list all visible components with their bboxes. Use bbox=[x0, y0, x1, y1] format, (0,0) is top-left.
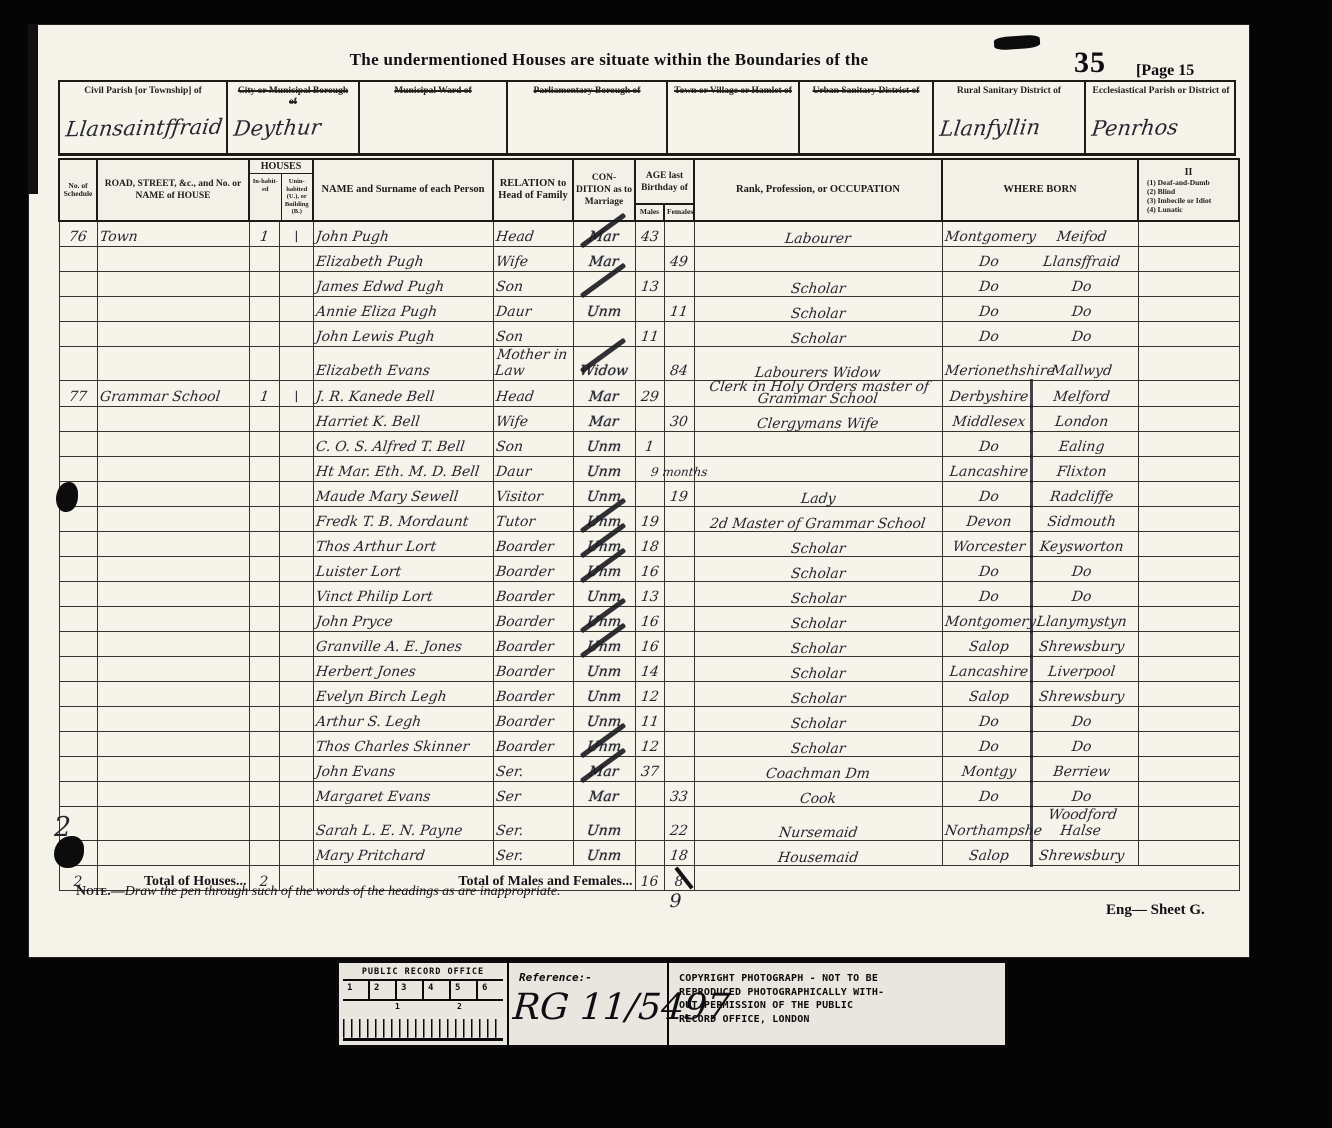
cell-age-male: 11 bbox=[635, 706, 664, 731]
cell-where-born: DoLlansffraid bbox=[942, 246, 1138, 271]
cell-inhabited bbox=[249, 346, 279, 380]
cell-relation: Daur bbox=[493, 456, 573, 481]
infirmity-item: (1) Deaf-and-Dumb bbox=[1139, 178, 1238, 187]
cell-uninhabited bbox=[279, 631, 313, 656]
cell-inhabited bbox=[249, 656, 279, 681]
cell-name-text: Thos Arthur Lort bbox=[315, 539, 437, 555]
cell-condition-text: Mar bbox=[588, 389, 619, 405]
cell-where-born: DoDo bbox=[942, 731, 1138, 756]
born-county: Do bbox=[944, 304, 1034, 320]
born-county: Montgomery bbox=[944, 229, 1034, 245]
header-field-label: Civil Parish [or Township] of bbox=[60, 85, 226, 98]
cell-name: Vinct Philip Lort bbox=[313, 581, 493, 606]
cell-age-male: 14 bbox=[635, 656, 664, 681]
header-field-value: Deythur bbox=[232, 115, 322, 141]
cell-occupation-text: Scholar bbox=[790, 693, 846, 705]
cell-road bbox=[97, 631, 249, 656]
cell-condition-text: Mar bbox=[588, 789, 619, 805]
table-row: Elizabeth EvansMother in LawWidow84Labou… bbox=[59, 346, 1239, 380]
cell-age-male: 16 bbox=[635, 631, 664, 656]
cell-age-male bbox=[635, 481, 664, 506]
cell-road bbox=[97, 506, 249, 531]
cell-age-male: 11 bbox=[635, 321, 664, 346]
born-county: Derbyshire bbox=[944, 389, 1034, 405]
total-females-corrected: 9 bbox=[669, 890, 681, 912]
cell-road bbox=[97, 531, 249, 556]
cell-name-text: Maude Mary Sewell bbox=[315, 489, 459, 505]
born-county: Middlesex bbox=[944, 414, 1034, 430]
cell-age-female-text: 11 bbox=[669, 304, 689, 320]
cell-relation-text: Daur bbox=[495, 304, 532, 320]
cell-where-born: NorthampsheWoodford Halse bbox=[942, 806, 1138, 840]
cell-road bbox=[97, 656, 249, 681]
cell-condition: Unm bbox=[573, 606, 635, 631]
cell-name: Granville A. E. Jones bbox=[313, 631, 493, 656]
total-females-struck: 8 bbox=[675, 874, 684, 890]
header-field-label: Municipal Ward of bbox=[360, 85, 506, 98]
cell-inhabited bbox=[249, 506, 279, 531]
cell-age-female: 9 months bbox=[664, 456, 694, 481]
cell-condition: Mar bbox=[573, 781, 635, 806]
cell-occupation-text: Scholar bbox=[790, 543, 846, 555]
cell-age-female bbox=[664, 321, 694, 346]
header-field-label: City or Municipal Borough of bbox=[228, 85, 358, 109]
cell-relation-text: Boarder bbox=[495, 539, 555, 555]
cell-name-text: Granville A. E. Jones bbox=[315, 639, 463, 655]
cell-infirmity bbox=[1138, 706, 1239, 731]
born-county: Do bbox=[944, 329, 1034, 345]
cell-where-born: DoDo bbox=[942, 706, 1138, 731]
cell-uninhabited bbox=[279, 271, 313, 296]
cell-inhabited bbox=[249, 296, 279, 321]
header-field-label: Urban Sanitary District of bbox=[800, 85, 932, 98]
cell-age-female-text: 22 bbox=[669, 823, 689, 839]
col-header-males: Males bbox=[635, 204, 664, 221]
cell-road: Town bbox=[97, 221, 249, 246]
cell-schedule bbox=[59, 581, 97, 606]
reference-label: Reference:- bbox=[519, 971, 592, 984]
cell-road bbox=[97, 481, 249, 506]
cell-occupation: Labourers Widow bbox=[694, 346, 942, 380]
cell-name-text: Arthur S. Legh bbox=[315, 714, 422, 730]
cell-relation-text: Wife bbox=[495, 414, 529, 430]
cell-condition-text: Unm bbox=[586, 689, 622, 705]
infirmity-items: (1) Deaf-and-Dumb(2) Blind(3) Imbecile o… bbox=[1139, 178, 1238, 214]
cell-age-male-text: 16 bbox=[640, 614, 660, 630]
cell-schedule bbox=[59, 406, 97, 431]
table-row: John EvansSer.Mar37Coachman DmMontgyBerr… bbox=[59, 756, 1239, 781]
cell-occupation-text: Labourers Widow bbox=[755, 367, 882, 379]
cell-relation-text: Boarder bbox=[495, 589, 555, 605]
cell-schedule bbox=[59, 681, 97, 706]
cell-relation: Mother in Law bbox=[493, 346, 573, 380]
cell-name: Luister Lort bbox=[313, 556, 493, 581]
born-place: Do bbox=[1031, 739, 1132, 755]
table-row: Thos Charles SkinnerBoarderUnm12ScholarD… bbox=[59, 731, 1239, 756]
cell-occupation-text: Scholar bbox=[790, 308, 846, 320]
cell-name-text: Margaret Evans bbox=[315, 789, 431, 805]
cell-road bbox=[97, 456, 249, 481]
cell-inhabited bbox=[249, 731, 279, 756]
cell-schedule bbox=[59, 531, 97, 556]
cell-name: Sarah L. E. N. Payne bbox=[313, 806, 493, 840]
cell-infirmity bbox=[1138, 406, 1239, 431]
cell-age-female-text: 33 bbox=[669, 789, 689, 805]
born-county: Montgy bbox=[944, 764, 1034, 780]
cell-name: Thos Charles Skinner bbox=[313, 731, 493, 756]
stamp-ruler: PUBLIC RECORD OFFICE 123456 12 bbox=[339, 963, 509, 1045]
cell-condition-text: Unm bbox=[586, 304, 622, 320]
header-field: Civil Parish [or Township] ofLlansaintff… bbox=[60, 82, 228, 153]
cell-age-male: 1 bbox=[635, 431, 664, 456]
table-row: Sarah L. E. N. PayneSer.Unm22NursemaidNo… bbox=[59, 806, 1239, 840]
born-place: Woodford Halse bbox=[1030, 807, 1133, 839]
cell-inhabited: 1 bbox=[249, 380, 279, 406]
cell-where-born: MontgyBerriew bbox=[942, 756, 1138, 781]
cell-condition: Widow bbox=[573, 346, 635, 380]
born-county: Do bbox=[944, 489, 1034, 505]
born-county: Salop bbox=[944, 639, 1034, 655]
header-field: Ecclesiastical Parish or District ofPenr… bbox=[1086, 82, 1236, 153]
table-row: Fredk T. B. MordauntTutorUnm192d Master … bbox=[59, 506, 1239, 531]
margin-mark: 2 bbox=[54, 812, 71, 843]
cell-infirmity bbox=[1138, 271, 1239, 296]
cell-age-female-text: 30 bbox=[669, 414, 689, 430]
cell-relation: Wife bbox=[493, 406, 573, 431]
cell-relation-text: Ser. bbox=[495, 848, 524, 864]
cell-age-male bbox=[635, 806, 664, 840]
cell-where-born: DevonSidmouth bbox=[942, 506, 1138, 531]
header-field: Rural Sanitary District ofLlanfyllin bbox=[934, 82, 1086, 153]
cell-where-born: MontgomeryMeifod bbox=[942, 221, 1138, 246]
cell-name: Elizabeth Pugh bbox=[313, 246, 493, 271]
cell-age-male: 37 bbox=[635, 756, 664, 781]
table-row: James Edwd PughSon13ScholarDoDo bbox=[59, 271, 1239, 296]
cell-age-male-text: 16 bbox=[640, 564, 660, 580]
pro-office-label: PUBLIC RECORD OFFICE bbox=[339, 963, 507, 979]
cell-relation-text: Ser bbox=[495, 789, 522, 805]
cell-name: Maude Mary Sewell bbox=[313, 481, 493, 506]
cell-road bbox=[97, 271, 249, 296]
cell-schedule bbox=[59, 606, 97, 631]
cell-condition-text: Unm bbox=[586, 848, 622, 864]
cell-condition: Mar bbox=[573, 406, 635, 431]
cell-relation: Son bbox=[493, 271, 573, 296]
cell-age-male-text: 13 bbox=[640, 279, 660, 295]
cell-name-text: Elizabeth Evans bbox=[315, 363, 431, 379]
public-record-office-stamp: PUBLIC RECORD OFFICE 123456 12 Reference… bbox=[336, 960, 1008, 1048]
cell-schedule bbox=[59, 556, 97, 581]
col-header-born: WHERE BORN bbox=[942, 159, 1138, 221]
cell-infirmity bbox=[1138, 731, 1239, 756]
cell-road bbox=[97, 296, 249, 321]
cell-occupation: Scholar bbox=[694, 531, 942, 556]
cell-infirmity bbox=[1138, 756, 1239, 781]
cell-name-text: Mary Pritchard bbox=[315, 848, 426, 864]
cell-age-female bbox=[664, 706, 694, 731]
cell-age-male-text: 19 bbox=[640, 514, 660, 530]
cell-name-text: Annie Eliza Pugh bbox=[315, 304, 438, 320]
cell-age-female bbox=[664, 681, 694, 706]
cell-name-text: J. R. Kanede Bell bbox=[315, 389, 435, 405]
born-county: Devon bbox=[944, 514, 1034, 530]
copyright-line: COPYRIGHT PHOTOGRAPH - NOT TO BE bbox=[679, 972, 999, 986]
cell-road bbox=[97, 556, 249, 581]
cell-age-female: 18 bbox=[664, 840, 694, 865]
cell-relation-text: Boarder bbox=[495, 614, 555, 630]
cell-road bbox=[97, 681, 249, 706]
cell-condition: Mar bbox=[573, 221, 635, 246]
cell-age-female: 11 bbox=[664, 296, 694, 321]
footer-note: Note.—Draw the pen through such of the w… bbox=[76, 884, 561, 900]
cell-uninhabited bbox=[279, 731, 313, 756]
cell-age-female-text: 9 months bbox=[650, 465, 708, 479]
cell-infirmity bbox=[1138, 606, 1239, 631]
header-field-label: Rural Sanitary District of bbox=[934, 85, 1084, 98]
cell-name: Herbert Jones bbox=[313, 656, 493, 681]
cell-relation: Boarder bbox=[493, 556, 573, 581]
cell-schedule bbox=[59, 631, 97, 656]
census-sheet-scan: The undermentioned Houses are situate wi… bbox=[28, 24, 1250, 958]
born-county: Montgomery bbox=[944, 614, 1034, 630]
cell-age-female-text: 84 bbox=[669, 363, 689, 379]
ruler-cm-cell: 5 bbox=[451, 981, 478, 999]
col-header-houses: HOUSES In-habit-ed Unin-habited (U.), or… bbox=[249, 159, 313, 221]
cell-where-born: SalopShrewsbury bbox=[942, 681, 1138, 706]
cell-road bbox=[97, 581, 249, 606]
cell-age-female: 19 bbox=[664, 481, 694, 506]
cell-occupation: Scholar bbox=[694, 606, 942, 631]
cell-name: J. R. Kanede Bell bbox=[313, 380, 493, 406]
note-text: Draw the pen through such of the words o… bbox=[125, 884, 561, 899]
cell-inhabited-text: 1 bbox=[259, 229, 270, 245]
cell-uninhabited bbox=[279, 346, 313, 380]
header-field: Municipal Ward of bbox=[360, 82, 508, 153]
cell-age-male-text: 14 bbox=[640, 664, 660, 680]
cell-name: Annie Eliza Pugh bbox=[313, 296, 493, 321]
cell-condition-text: Unm bbox=[586, 823, 622, 839]
cell-occupation-text: Coachman Dm bbox=[765, 768, 870, 780]
cell-relation: Ser. bbox=[493, 756, 573, 781]
cell-relation-text: Visitor bbox=[495, 489, 544, 505]
cell-inhabited bbox=[249, 481, 279, 506]
cell-name: John Lewis Pugh bbox=[313, 321, 493, 346]
cell-road bbox=[97, 706, 249, 731]
cell-occupation: Scholar bbox=[694, 271, 942, 296]
header-field: Parliamentary Borough of bbox=[508, 82, 668, 153]
header-field: Urban Sanitary District of bbox=[800, 82, 934, 153]
cell-name-text: Herbert Jones bbox=[315, 664, 417, 680]
cell-relation-text: Boarder bbox=[495, 739, 555, 755]
cell-schedule: 76 bbox=[59, 221, 97, 246]
col-header-uninhabited: Unin-habited (U.), or Building (B.) bbox=[282, 174, 313, 220]
cell-inhabited-text: 1 bbox=[259, 389, 270, 405]
cell-condition: Mar bbox=[573, 756, 635, 781]
cell-condition-text: Unm bbox=[586, 664, 622, 680]
cell-where-born: MontgomeryLlanymystyn bbox=[942, 606, 1138, 631]
cell-schedule-text: 77 bbox=[68, 389, 88, 405]
cell-uninhabited bbox=[279, 531, 313, 556]
cell-condition: Unm bbox=[573, 296, 635, 321]
cell-relation: Boarder bbox=[493, 681, 573, 706]
cell-relation-text: Son bbox=[495, 279, 524, 295]
ruler-inch-label: 2 bbox=[457, 1002, 462, 1011]
cell-condition: Unm bbox=[573, 581, 635, 606]
cell-name-text: Luister Lort bbox=[315, 564, 402, 580]
cell-uninhabited bbox=[279, 321, 313, 346]
born-county: Lancashire bbox=[944, 664, 1034, 680]
cell-occupation: Scholar bbox=[694, 681, 942, 706]
cell-relation: Boarder bbox=[493, 531, 573, 556]
cell-name: Harriet K. Bell bbox=[313, 406, 493, 431]
cell-inhabited bbox=[249, 840, 279, 865]
cell-relation: Head bbox=[493, 380, 573, 406]
cell-infirmity bbox=[1138, 346, 1239, 380]
cell-name-text: John Pugh bbox=[315, 229, 390, 245]
cell-relation: Daur bbox=[493, 296, 573, 321]
cell-age-male: 12 bbox=[635, 731, 664, 756]
cell-uninhabited-text: \ bbox=[293, 229, 300, 245]
cell-infirmity bbox=[1138, 581, 1239, 606]
cell-uninhabited bbox=[279, 506, 313, 531]
cell-age-female bbox=[664, 731, 694, 756]
born-county: Salop bbox=[944, 848, 1034, 864]
col-header-occupation: Rank, Profession, or OCCUPATION bbox=[694, 159, 942, 221]
cell-relation: Boarder bbox=[493, 606, 573, 631]
cell-relation-text: Wife bbox=[495, 254, 529, 270]
cell-relation: Boarder bbox=[493, 706, 573, 731]
cell-occupation-text: Clerk in Holy Orders master of Grammar S… bbox=[695, 381, 941, 405]
col-header-road: ROAD, STREET, &c., and No. or NAME of HO… bbox=[97, 159, 249, 221]
table-row: 77Grammar School1\J. R. Kanede BellHeadM… bbox=[59, 380, 1239, 406]
born-county: Do bbox=[944, 254, 1034, 270]
born-place: Do bbox=[1031, 329, 1132, 345]
born-place: Flixton bbox=[1031, 464, 1132, 480]
cell-inhabited bbox=[249, 806, 279, 840]
cell-inhabited bbox=[249, 606, 279, 631]
col-header-name: NAME and Surname of each Person bbox=[313, 159, 493, 221]
cell-inhabited bbox=[249, 271, 279, 296]
cell-uninhabited bbox=[279, 481, 313, 506]
cell-infirmity bbox=[1138, 321, 1239, 346]
cell-occupation-text: Scholar bbox=[790, 668, 846, 680]
cell-occupation-text: Scholar bbox=[790, 643, 846, 655]
born-place: Do bbox=[1031, 714, 1132, 730]
census-table-body: 76Town1\John PughHeadMar43LabourerMontgo… bbox=[59, 221, 1239, 865]
cell-name-text: Elizabeth Pugh bbox=[315, 254, 425, 270]
table-row: C. O. S. Alfred T. BellSonUnm1DoEaling bbox=[59, 431, 1239, 456]
cell-infirmity bbox=[1138, 481, 1239, 506]
cell-relation: Visitor bbox=[493, 481, 573, 506]
cell-age-male-text: 12 bbox=[640, 739, 660, 755]
born-place: Llansffraid bbox=[1031, 254, 1132, 270]
cell-relation-text: Boarder bbox=[495, 564, 555, 580]
cell-schedule bbox=[59, 296, 97, 321]
cell-age-male-text: 18 bbox=[640, 539, 660, 555]
cell-age-male-text: 11 bbox=[640, 329, 660, 345]
cell-age-male: 16 bbox=[635, 556, 664, 581]
cell-relation: Boarder bbox=[493, 656, 573, 681]
cell-relation: Boarder bbox=[493, 581, 573, 606]
ruler-inch-label: 1 bbox=[395, 1002, 400, 1011]
cell-schedule-text: 76 bbox=[68, 229, 88, 245]
cell-occupation-text: Scholar bbox=[790, 333, 846, 345]
born-place: Keysworton bbox=[1031, 539, 1132, 555]
table-row: Maude Mary SewellVisitorUnm19LadyDoRadcl… bbox=[59, 481, 1239, 506]
cell-uninhabited bbox=[279, 781, 313, 806]
cell-condition: Mar bbox=[573, 380, 635, 406]
born-county: Do bbox=[944, 739, 1034, 755]
cell-name: John Pugh bbox=[313, 221, 493, 246]
cell-age-male: 16 bbox=[635, 606, 664, 631]
cell-uninhabited bbox=[279, 581, 313, 606]
cell-where-born: DoDo bbox=[942, 321, 1138, 346]
cell-age-male: 43 bbox=[635, 221, 664, 246]
born-place: Meifod bbox=[1031, 229, 1132, 245]
cell-schedule bbox=[59, 321, 97, 346]
cell-where-born: MiddlesexLondon bbox=[942, 406, 1138, 431]
cell-where-born: DerbyshireMelford bbox=[942, 380, 1138, 406]
cell-infirmity bbox=[1138, 631, 1239, 656]
cell-relation: Boarder bbox=[493, 631, 573, 656]
table-row: Ht Mar. Eth. M. D. BellDaurUnm9 monthsLa… bbox=[59, 456, 1239, 481]
born-county: Lancashire bbox=[944, 464, 1034, 480]
cell-occupation: Coachman Dm bbox=[694, 756, 942, 781]
col-header-infirmity: II (1) Deaf-and-Dumb(2) Blind(3) Imbecil… bbox=[1138, 159, 1239, 221]
cell-uninhabited-text: \ bbox=[293, 389, 300, 405]
cell-name: John Evans bbox=[313, 756, 493, 781]
cell-age-female bbox=[664, 631, 694, 656]
table-row: Vinct Philip LortBoarderUnm13ScholarDoDo bbox=[59, 581, 1239, 606]
cell-name-text: John Lewis Pugh bbox=[315, 329, 436, 345]
cell-uninhabited bbox=[279, 706, 313, 731]
cell-condition: Unm bbox=[573, 631, 635, 656]
cell-inhabited: 1 bbox=[249, 221, 279, 246]
born-place: Do bbox=[1031, 564, 1132, 580]
cell-infirmity bbox=[1138, 296, 1239, 321]
cell-road bbox=[97, 321, 249, 346]
born-place: Do bbox=[1031, 279, 1132, 295]
cell-occupation-text: Labourer bbox=[784, 233, 851, 245]
cell-age-male bbox=[635, 406, 664, 431]
cell-age-male-text: 12 bbox=[640, 689, 660, 705]
cell-condition-text: Mar bbox=[588, 414, 619, 430]
cell-relation: Boarder bbox=[493, 731, 573, 756]
cell-name: John Pryce bbox=[313, 606, 493, 631]
cell-occupation: Scholar bbox=[694, 731, 942, 756]
ruler-tick-strip: 12 bbox=[343, 1004, 503, 1041]
cell-road bbox=[97, 806, 249, 840]
cell-inhabited bbox=[249, 456, 279, 481]
cell-name-text: Thos Charles Skinner bbox=[315, 739, 470, 755]
cell-age-male-text: 13 bbox=[640, 589, 660, 605]
cell-inhabited bbox=[249, 556, 279, 581]
cell-age-female bbox=[664, 380, 694, 406]
cell-age-male bbox=[635, 246, 664, 271]
cell-condition: Unm bbox=[573, 506, 635, 531]
born-place: London bbox=[1031, 414, 1132, 430]
header-field-label: Parliamentary Borough of bbox=[508, 85, 666, 98]
born-place: Liverpool bbox=[1031, 664, 1132, 680]
cell-name: Evelyn Birch Legh bbox=[313, 681, 493, 706]
cell-occupation: Clerk in Holy Orders master of Grammar S… bbox=[694, 380, 942, 406]
cell-infirmity bbox=[1138, 656, 1239, 681]
cell-relation-text: Tutor bbox=[495, 514, 536, 530]
table-row: Evelyn Birch LeghBoarderUnm12ScholarSalo… bbox=[59, 681, 1239, 706]
header-field: Town or Village or Hamlet of bbox=[668, 82, 800, 153]
cell-where-born: DoDo bbox=[942, 271, 1138, 296]
table-row: John PryceBoarderUnm16ScholarMontgomeryL… bbox=[59, 606, 1239, 631]
